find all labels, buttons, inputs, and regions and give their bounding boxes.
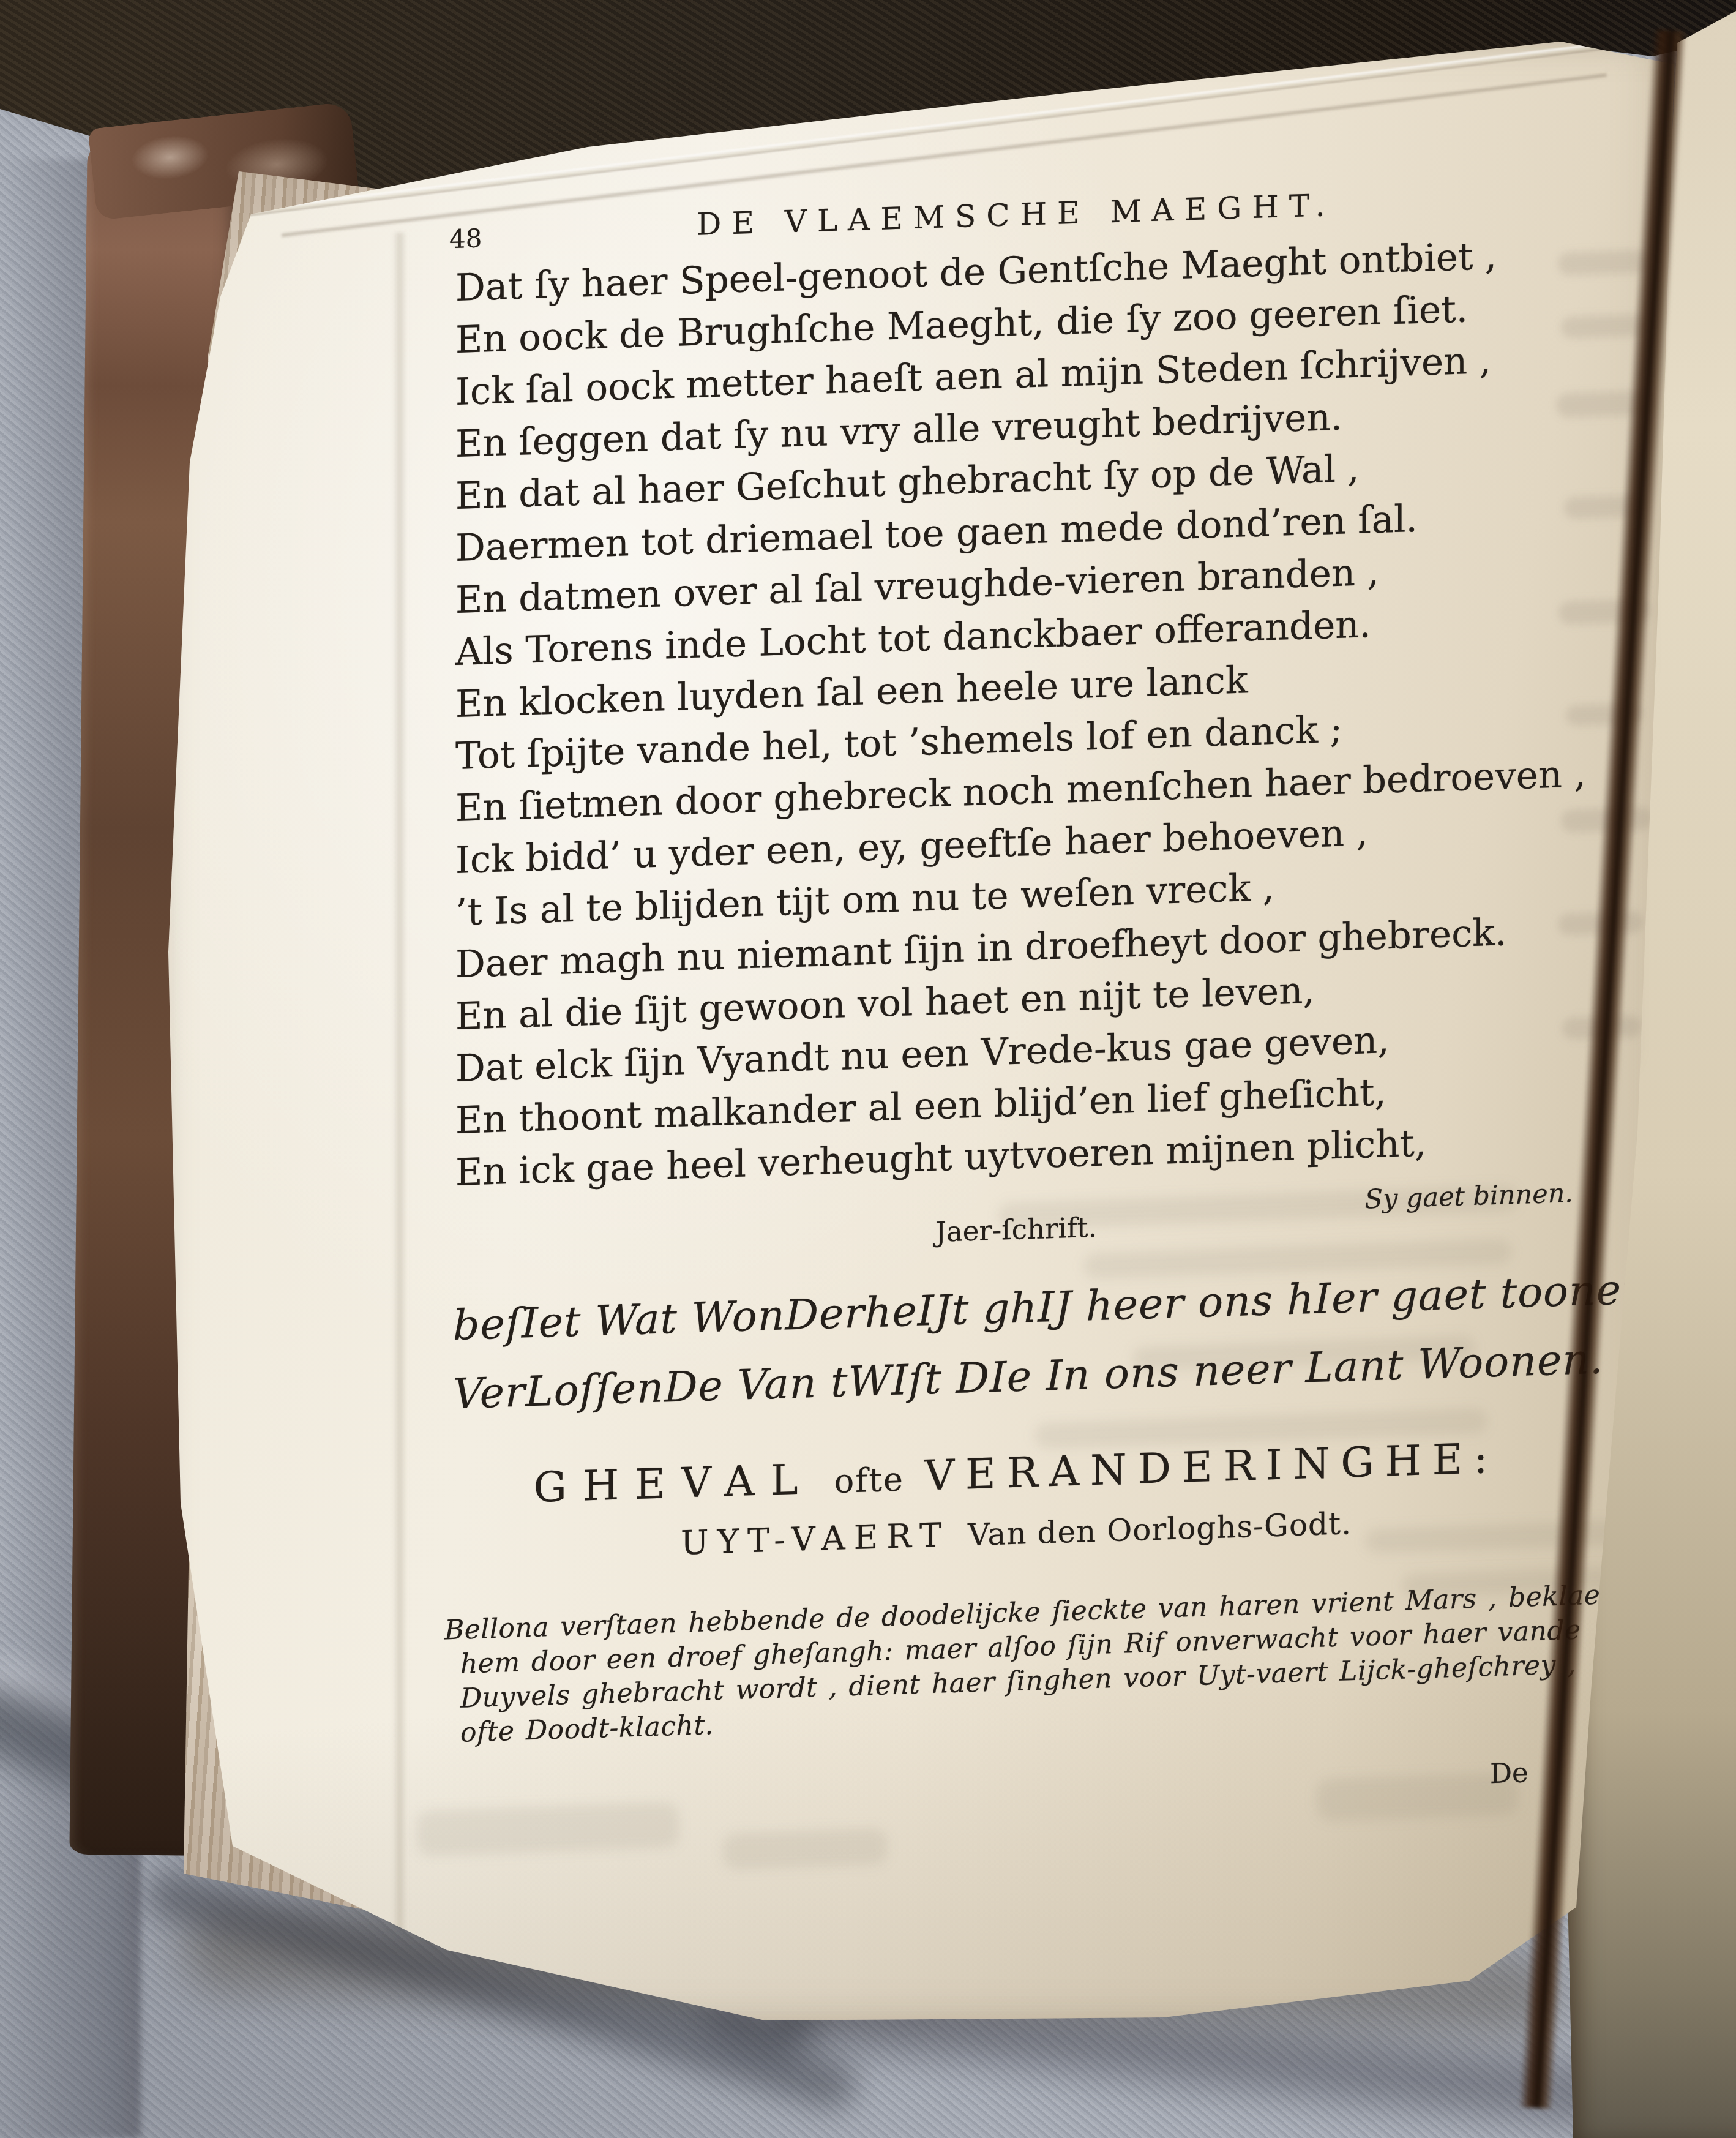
left-page: 48 DE VLAEMSCHE MAEGHT. Dat ſy haer Spee… (153, 31, 1683, 2033)
show-through-smudge (722, 1828, 888, 1870)
printed-text-block: 48 DE VLAEMSCHE MAEGHT. Dat ſy haer Spee… (453, 180, 1579, 1831)
chronogram-block: beſIet Wat WonDerheIJt ghIJ heer ons hIe… (453, 1258, 1579, 1429)
catchword: De (1490, 1756, 1528, 1790)
poem-block: Dat ſy haer Speel-genoot de Gentſche Mae… (455, 228, 1582, 1199)
book-photo-scene: 48 DE VLAEMSCHE MAEGHT. Dat ſy haer Spee… (0, 0, 1736, 2138)
subheading-uytvaert: UYT-VAERT (681, 1515, 950, 1562)
argument-paragraph: Bellona verſtaen hebbende de doodelijcke… (444, 1580, 1565, 1751)
section-heading-ofte: ofte (834, 1460, 904, 1500)
section-heading-veranderinghe: VERANDERINGHE: (924, 1435, 1498, 1501)
subheading-rest: Van den Oorloghs-Godt. (968, 1506, 1352, 1553)
section-heading-gheval: GHEVAL (534, 1455, 814, 1512)
page-crease (393, 233, 406, 1947)
jaerschrift-label: Jaer-ſchrift. (453, 1196, 1579, 1263)
